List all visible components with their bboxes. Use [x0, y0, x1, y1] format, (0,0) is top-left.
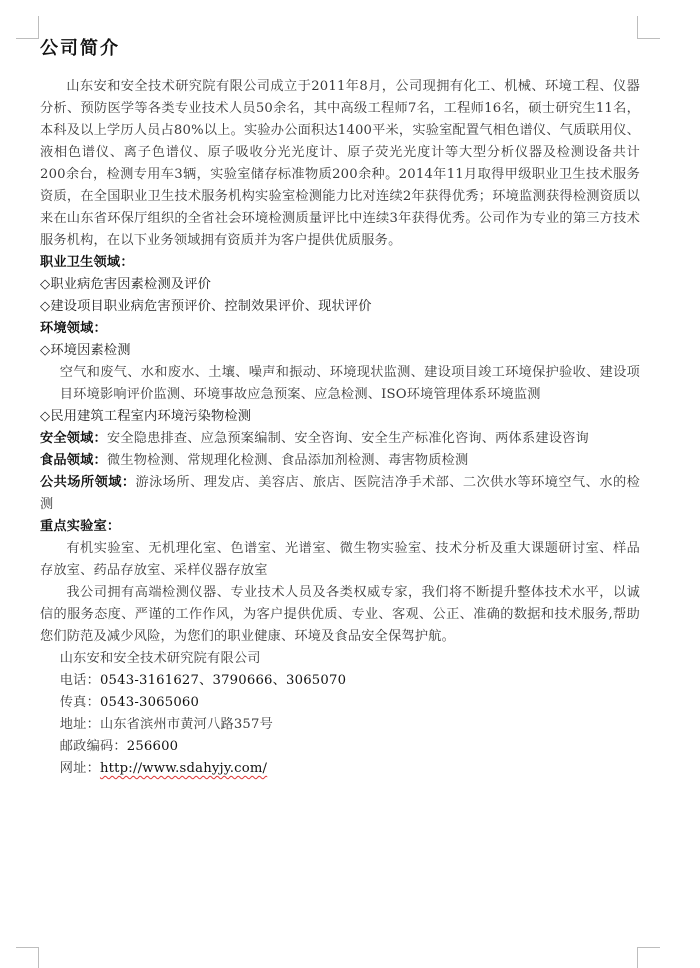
environment-heading: 环境领域：	[40, 318, 640, 340]
crop-mark-bottom-right	[637, 947, 660, 968]
list-item: ◇民用建筑工程室内环境污染物检测	[40, 406, 640, 428]
address-value: 山东省滨州市黄河八路357号	[100, 717, 273, 732]
crop-mark-top-left	[16, 16, 39, 39]
safety-heading: 安全领域：	[40, 431, 107, 446]
list-item: ◇建设项目职业病危害预评价、控制效果评价、现状评价	[40, 296, 640, 318]
crop-mark-top-right	[637, 16, 660, 39]
labs-text: 有机实验室、无机理化室、色谱室、光谱室、微生物实验室、技术分析及重大课题研讨室、…	[40, 538, 640, 582]
contact-phone: 电话：0543-3161627、3790666、3065070	[40, 670, 640, 692]
occupational-heading: 职业卫生领域：	[40, 252, 640, 274]
food-heading: 食品领域：	[40, 453, 107, 468]
closing-paragraph: 我公司拥有高端检测仪器、专业技术人员及各类权威专家，我们将不断提升整体技术水平，…	[40, 582, 640, 648]
contact-address: 地址：山东省滨州市黄河八路357号	[40, 714, 640, 736]
contact-fax: 传真：0543-3065060	[40, 692, 640, 714]
phone-value: 0543-3161627、3790666、3065070	[100, 673, 346, 688]
public-heading: 公共场所领域：	[40, 475, 136, 490]
list-item: ◇职业病危害因素检测及评价	[40, 274, 640, 296]
website-label: 网址：	[60, 761, 100, 776]
environment-detail: 空气和废气、水和废水、土壤、噪声和振动、环境现状监测、建设项目竣工环境保护验收、…	[40, 362, 640, 406]
contact-block: 山东安和安全技术研究院有限公司 电话：0543-3161627、3790666、…	[40, 648, 640, 780]
intro-paragraph: 山东安和安全技术研究院有限公司成立于2011年8月，公司现拥有化工、机械、环境工…	[40, 76, 640, 252]
contact-website: 网址：http://www.sdahyjy.com/	[40, 758, 640, 780]
safety-text: 安全隐患排查、应急预案编制、安全咨询、安全生产标准化咨询、两体系建设咨询	[107, 431, 589, 446]
document-page: 公司简介 山东安和安全技术研究院有限公司成立于2011年8月，公司现拥有化工、机…	[40, 36, 640, 780]
postal-value: 256600	[127, 739, 179, 754]
page-title: 公司简介	[40, 36, 640, 62]
fax-label: 传真：	[60, 695, 100, 710]
labs-heading: 重点实验室：	[40, 516, 640, 538]
address-label: 地址：	[60, 717, 100, 732]
contact-postal: 邮政编码：256600	[40, 736, 640, 758]
postal-label: 邮政编码：	[60, 739, 127, 754]
public-section: 公共场所领域：游泳场所、理发店、美容店、旅店、医院洁净手术部、二次供水等环境空气…	[40, 472, 640, 516]
phone-label: 电话：	[60, 673, 100, 688]
safety-section: 安全领域：安全隐患排查、应急预案编制、安全咨询、安全生产标准化咨询、两体系建设咨…	[40, 428, 640, 450]
crop-mark-bottom-left	[16, 947, 39, 968]
contact-company: 山东安和安全技术研究院有限公司	[40, 648, 640, 670]
fax-value: 0543-3065060	[100, 695, 199, 710]
list-item: ◇环境因素检测	[40, 340, 640, 362]
food-section: 食品领域：微生物检测、常规理化检测、食品添加剂检测、毒害物质检测	[40, 450, 640, 472]
food-text: 微生物检测、常规理化检测、食品添加剂检测、毒害物质检测	[107, 453, 468, 468]
website-link[interactable]: http://www.sdahyjy.com/	[100, 761, 267, 776]
